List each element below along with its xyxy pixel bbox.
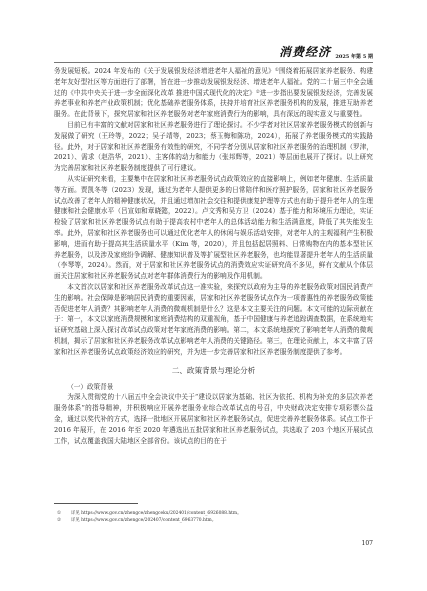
footnote: ②详见 https://www.gov.cn/zhengce/202407/co… bbox=[57, 517, 357, 524]
footnote-reference[interactable]: ② bbox=[256, 90, 260, 95]
footnote-divider bbox=[54, 503, 138, 504]
section-title: 二、政策背景与理论分析 bbox=[54, 365, 373, 377]
subsection-title: （一）政策背景 bbox=[54, 382, 373, 393]
footnote-mark: ② bbox=[57, 517, 67, 524]
section-paragraphs: 为深入贯彻党的十八届五中全会决议中关于“建设以居家为基础、社区为依托、机构为补充… bbox=[54, 392, 373, 446]
page-number: 107 bbox=[362, 540, 373, 547]
journal-title: 消费经济 bbox=[279, 43, 331, 60]
intro-paragraphs: 务发展短板。2024 年发布的《关于发展银发经济增进老年人福祉的意见》①围绕着拓… bbox=[54, 66, 373, 358]
paragraph: 本文首次以居家和社区养老服务改革试点这一准实验，来探究以政府为主导的养老服务政策… bbox=[54, 282, 373, 358]
article-body: 务发展短板。2024 年发布的《关于发展银发经济增进老年人福祉的意见》①围绕着拓… bbox=[54, 66, 373, 446]
paragraph: 务发展短板。2024 年发布的《关于发展银发经济增进老年人福祉的意见》①围绕着拓… bbox=[54, 66, 373, 120]
footnote: ①详见 https://www.gov.cn/zhengce/zhengceku… bbox=[57, 510, 357, 517]
paragraph: 为深入贯彻党的十八届五中全会决议中关于“建设以居家为基础、社区为依托、机构为补充… bbox=[54, 392, 373, 446]
footnote-text[interactable]: 详见 https://www.gov.cn/zhengce/202407/con… bbox=[71, 517, 216, 524]
issue-label: 2025 年第 5 期 bbox=[335, 53, 373, 60]
paragraph: 目前已有丰富的文献对居家和社区养老服务进行了理论探讨。不少学者对社区居家养老服务… bbox=[54, 120, 373, 174]
footnotes: ①详见 https://www.gov.cn/zhengce/zhengceku… bbox=[57, 510, 357, 524]
footnote-mark: ① bbox=[57, 510, 67, 517]
footnote-reference[interactable]: ① bbox=[275, 68, 279, 73]
paragraph: 从实证研究来看，主要集中在居家和社区养老服务试点政策效应的直接影响上，例如老年健… bbox=[54, 174, 373, 282]
page-header: 消费经济 2025 年第 5 期 bbox=[54, 44, 373, 63]
footnote-text[interactable]: 详见 https://www.gov.cn/zhengce/zhengceku/… bbox=[71, 510, 242, 517]
